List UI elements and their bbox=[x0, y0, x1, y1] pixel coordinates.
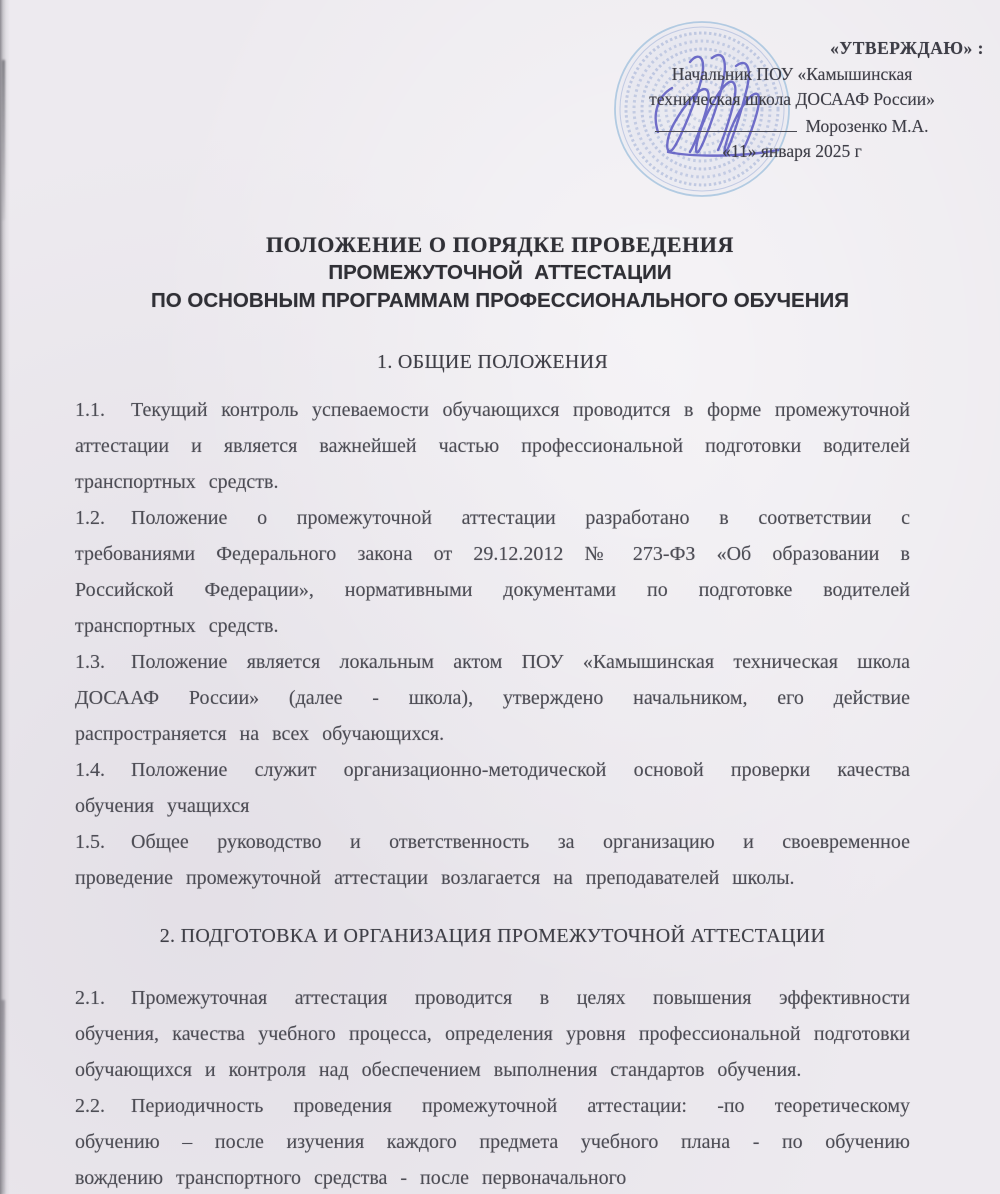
paragraph-number: 1.4. bbox=[75, 752, 131, 788]
section-2-heading: 2. ПОДГОТОВКА И ОРГАНИЗАЦИЯ ПРОМЕЖУТОЧНО… bbox=[75, 918, 910, 954]
section-1-heading: 1. ОБЩИЕ ПОЛОЖЕНИЯ bbox=[75, 344, 910, 380]
paragraph-text: Текущий контроль успеваемости обучающихс… bbox=[75, 399, 910, 493]
approval-position-line1: Начальник ПОУ «Камышинская bbox=[596, 62, 988, 88]
title-line-2: ПРОМЕЖУТОЧНОЙ АТТЕСТАЦИИ bbox=[0, 259, 1000, 287]
paragraph-2-2: 2.2.Периодичность проведения промежуточн… bbox=[75, 1088, 910, 1194]
paragraph-text: Общее руководство и ответственность за о… bbox=[75, 831, 910, 889]
paragraph-number: 2.1. bbox=[75, 980, 131, 1016]
signer-name: Морозенко М.А. bbox=[805, 116, 928, 136]
paragraph-text: Промежуточная аттестация проводится в це… bbox=[75, 987, 910, 1081]
approval-word: «УТВЕРЖДАЮ» : bbox=[596, 36, 988, 62]
approval-position-line2: техническая школа ДОСААФ России» bbox=[596, 87, 988, 113]
approval-date: «11» января 2025 г bbox=[596, 139, 988, 165]
paragraph-2-1: 2.1.Промежуточная аттестация проводится … bbox=[75, 980, 910, 1088]
paragraph-1-5: 1.5.Общее руководство и ответственность … bbox=[75, 824, 910, 896]
paragraph-text: Периодичность проведения промежуточной а… bbox=[75, 1095, 910, 1189]
document-title: ПОЛОЖЕНИЕ О ПОРЯДКЕ ПРОВЕДЕНИЯ ПРОМЕЖУТО… bbox=[0, 231, 1000, 315]
paragraph-text: Положение является локальным актом ПОУ «… bbox=[75, 651, 910, 745]
scan-streak-artifact-bottom bbox=[1, 1000, 5, 1194]
paragraph-text: Положение служит организационно-методиче… bbox=[75, 759, 910, 817]
title-line-1: ПОЛОЖЕНИЕ О ПОРЯДКЕ ПРОВЕДЕНИЯ bbox=[0, 231, 1000, 259]
signature-line bbox=[655, 113, 797, 132]
paragraph-1-4: 1.4.Положение служит организационно-мето… bbox=[75, 752, 910, 824]
paragraph-number: 2.2. bbox=[75, 1088, 131, 1124]
paragraph-number: 1.3. bbox=[75, 644, 131, 680]
paragraph-number: 1.1. bbox=[75, 392, 131, 428]
document-body: 1. ОБЩИЕ ПОЛОЖЕНИЯ 1.1.Текущий контроль … bbox=[75, 344, 910, 1194]
paragraph-number: 1.2. bbox=[75, 500, 131, 536]
paragraph-text: Положение о промежуточной аттестации раз… bbox=[75, 507, 910, 637]
scanned-document-page: «УТВЕРЖДАЮ» : Начальник ПОУ «Камышинская… bbox=[0, 0, 1000, 1194]
paragraph-1-2: 1.2.Положение о промежуточной аттестации… bbox=[75, 500, 910, 644]
paragraph-1-3: 1.3.Положение является локальным актом П… bbox=[75, 644, 910, 752]
signature-row: Морозенко М.А. bbox=[596, 113, 988, 140]
paragraph-number: 1.5. bbox=[75, 824, 131, 860]
scan-streak-artifact bbox=[2, 60, 5, 220]
approval-block: «УТВЕРЖДАЮ» : Начальник ПОУ «Камышинская… bbox=[596, 36, 988, 165]
title-line-3: ПО ОСНОВНЫМ ПРОГРАММАМ ПРОФЕССИОНАЛЬНОГО… bbox=[0, 287, 1000, 315]
paragraph-1-1: 1.1.Текущий контроль успеваемости обучаю… bbox=[75, 392, 910, 500]
